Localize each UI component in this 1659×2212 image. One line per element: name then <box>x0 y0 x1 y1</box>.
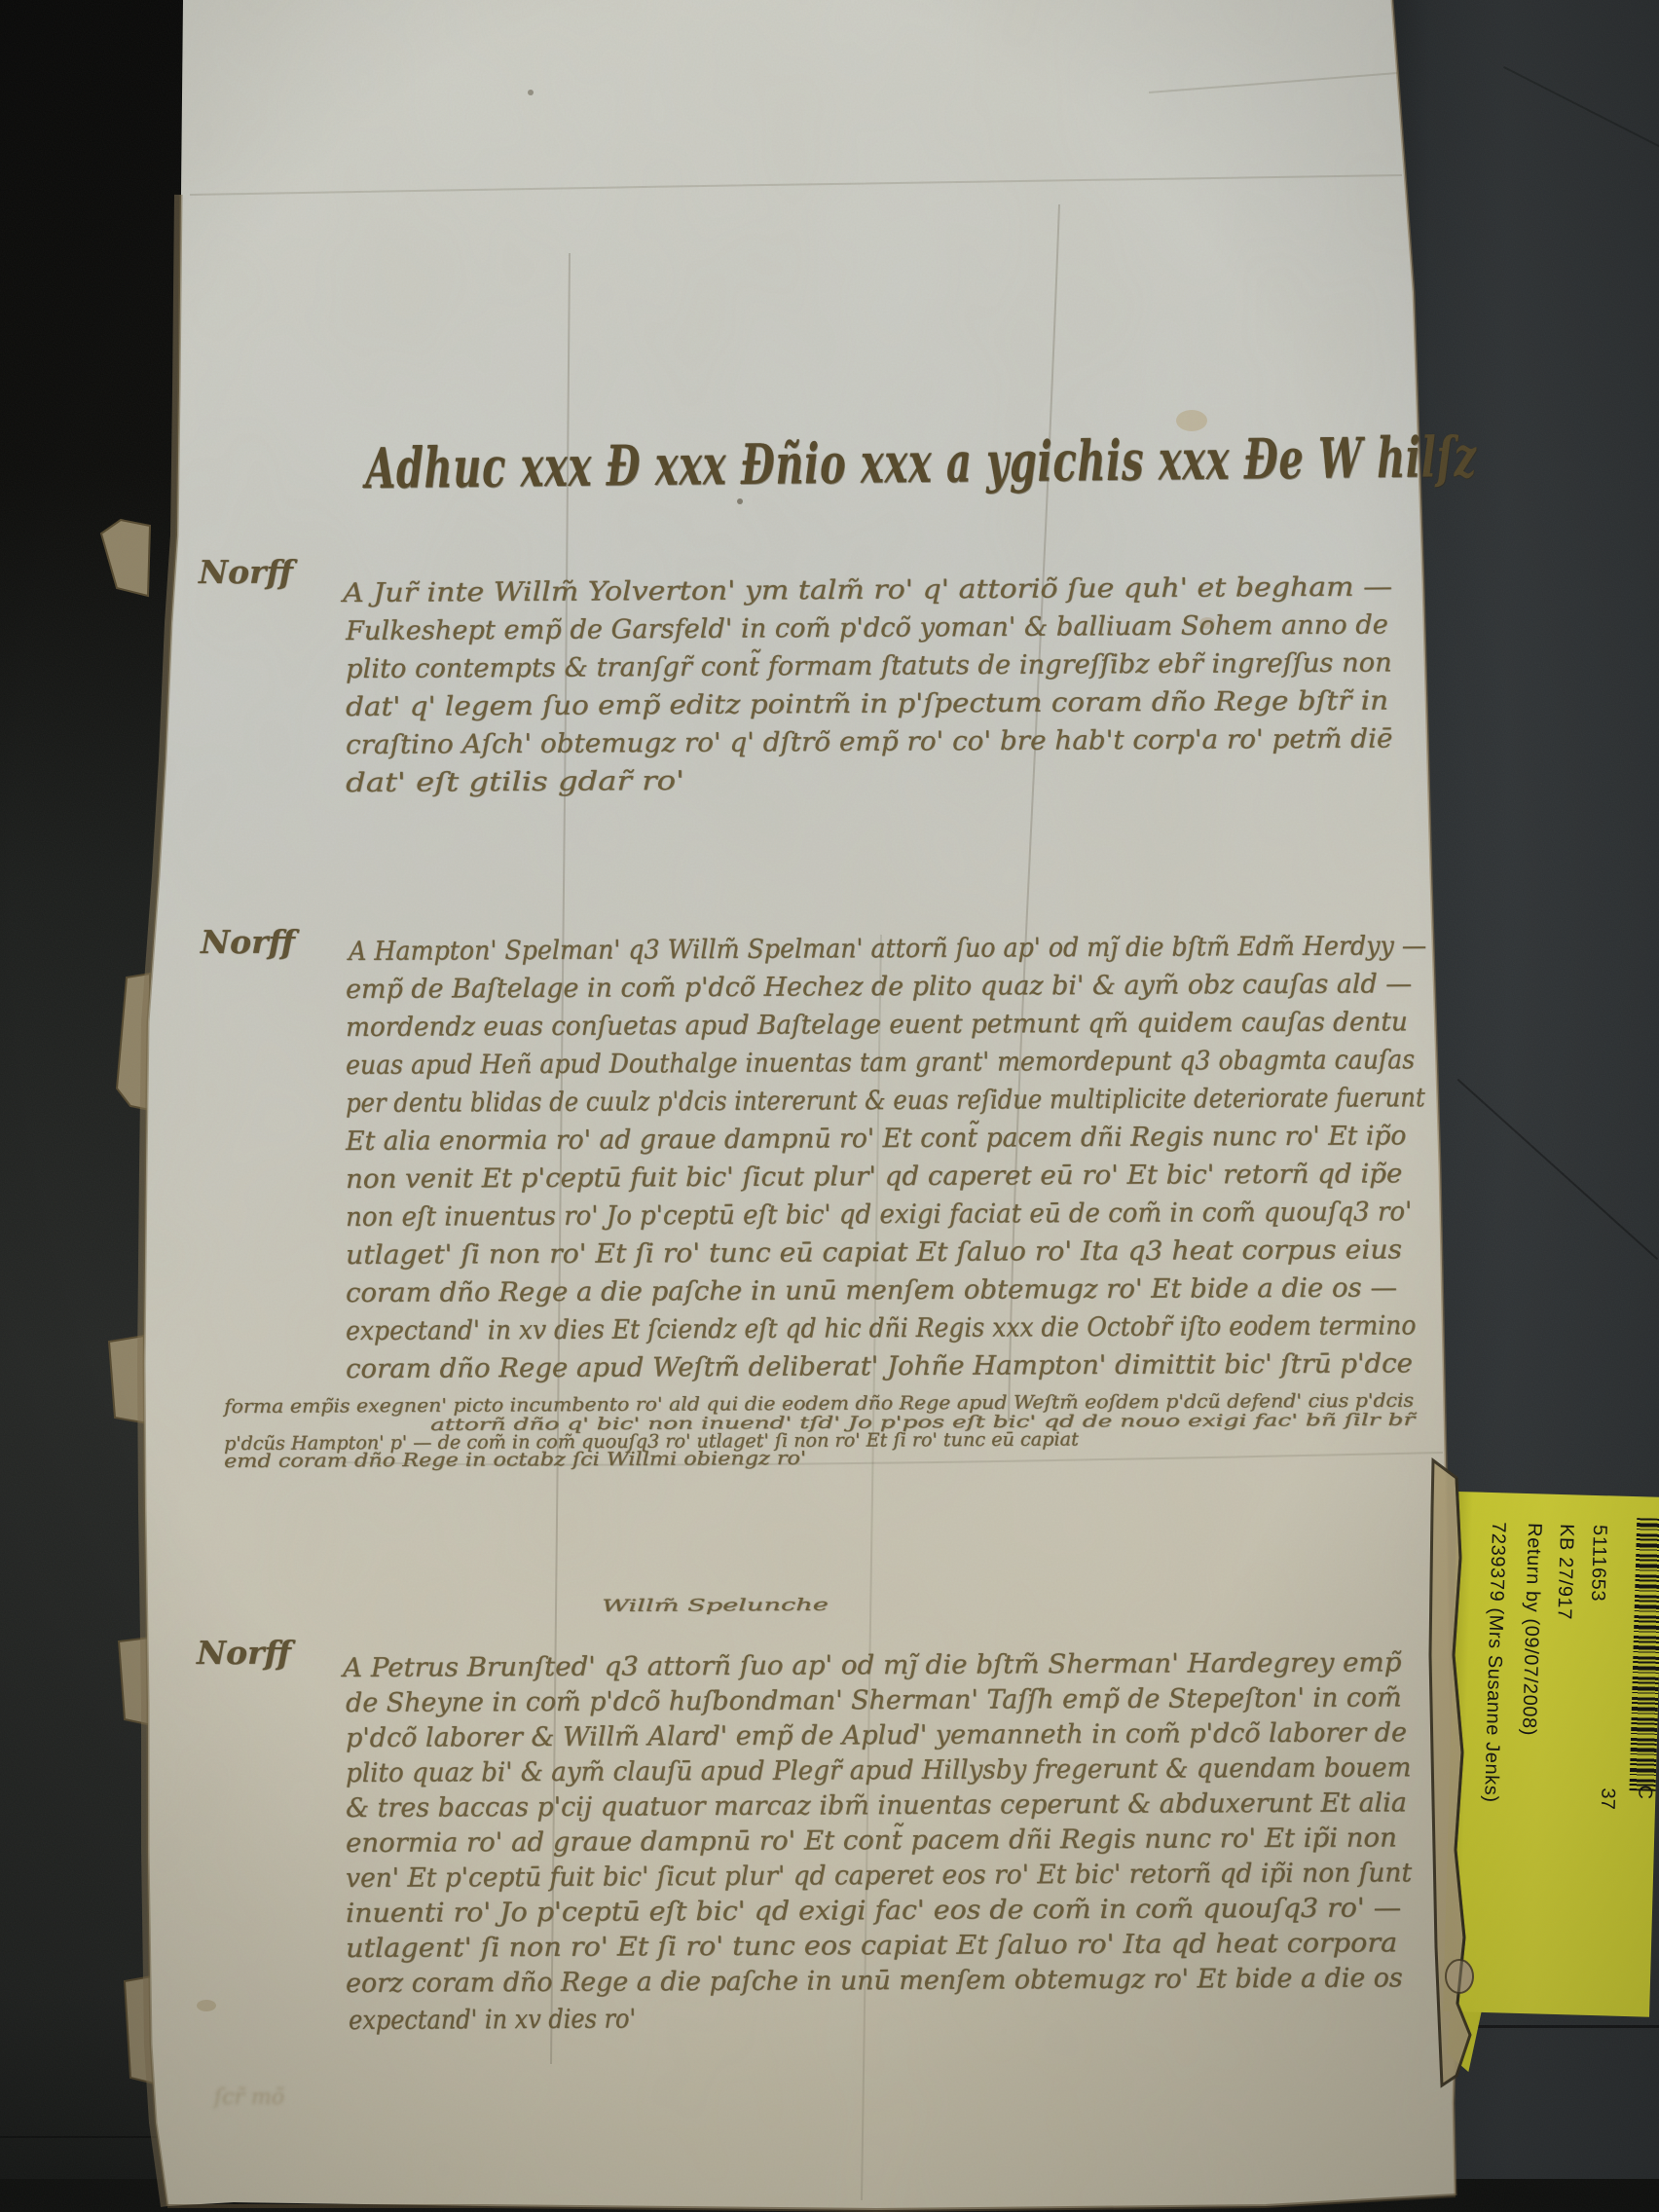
manuscript-line: per dentu blidas de cuulz p'dcis interer… <box>346 1083 1425 1119</box>
manuscript-line: mordendz euas conſuetas apud Baſtelage e… <box>346 1007 1408 1043</box>
manuscript-line: A Petrus Brunſted' q3 attorñ ſuo ap' od … <box>343 1647 1401 1683</box>
manuscript-line: A Hampton' Spelman' q3 Willm̃ Spelman' a… <box>349 931 1426 967</box>
manuscript-line: Fulkeshept emp̃ de Garsfeld' in com̃ p'd… <box>346 609 1388 646</box>
manuscript-line: Et alia enormia ro' ad graue dampnū ro' … <box>346 1121 1407 1157</box>
faint-ink-smudge: ſcr̃ mõ <box>214 2085 284 2110</box>
manuscript-line: p'dcõ laborer & Willm̃ Alard' emp̃ de Ap… <box>346 1717 1407 1753</box>
manuscript-line: de Sheyne in com̃ p'dcõ huſbondman' Sher… <box>346 1682 1402 1718</box>
manuscript-line: utlaget' ſi non ro' Et ſi ro' tunc eū ca… <box>346 1235 1402 1271</box>
manuscript-line: dat' eſt gtilis gdar̃ ro' <box>346 766 684 798</box>
manuscript-line: euas apud Heñ apud Douthalge inuentas ta… <box>346 1045 1415 1081</box>
margin-annotation: Norff <box>201 923 295 961</box>
manuscript-line: utlagent' ſi non ro' Et ſi ro' tunc eos … <box>346 1928 1397 1964</box>
manuscript-line: plito contempts & tranſgr̃ cont̃ formam … <box>346 647 1392 684</box>
manuscript-line: Willm̃ Spelunche <box>602 1596 829 1616</box>
manuscript-line: plito quaz bi' & aym̃ clauſū apud Plegr̃… <box>346 1752 1411 1788</box>
manuscript-line: emp̃ de Baſtelage in com̃ p'dcõ Hechez d… <box>346 969 1412 1005</box>
margin-annotation: Norff <box>199 553 293 591</box>
manuscript-line: eorz coram dño Rege a die paſche in unū … <box>346 1963 1403 1999</box>
margin-annotation: Norff <box>197 1634 291 1672</box>
manuscript-line: A Jur̃ inte Willm̃ Yolverton' ym talm̃ r… <box>343 571 1392 608</box>
manuscript-line: dat' q' legem ſuo emp̃ editz pointm̃ in … <box>346 685 1388 722</box>
manuscript-line: non eſt inuentus ro' Jo p'ceptū eſt bic'… <box>346 1197 1412 1233</box>
manuscript-line: craſtino Aſch' obtemugz ro' q' dſtrõ emp… <box>346 723 1393 760</box>
manuscript-line: expectand' in xv dies Et ſciendz eſt qd … <box>346 1310 1416 1346</box>
manuscript-line: & tres baccas p'cij quatuor marcaz ibm̃ … <box>346 1788 1407 1824</box>
manuscript-line: enormia ro' ad graue dampnū ro' Et cont̃… <box>346 1823 1397 1859</box>
manuscript-line: emd coram dño Rege in octabz ſci Willmi … <box>224 1448 806 1472</box>
manuscript-lines: NorffA Jur̃ inte Willm̃ Yolverton' ym ta… <box>0 0 1659 2212</box>
manuscript-text: Adhuc xxx Ð xxx Ðñio xxx a ygichis xxx Ð… <box>0 0 1659 2212</box>
manuscript-line: ven' Et p'ceptū fuit bic' ſicut plur' qd… <box>346 1858 1412 1894</box>
manuscript-line: inuenti ro' Jo p'ceptū eſt bic' qd exigi… <box>346 1893 1401 1929</box>
manuscript-line: coram dño Rege apud Weſtm̃ deliberat' Jo… <box>346 1348 1413 1384</box>
manuscript-line: coram dño Rege a die paſche in unū menſe… <box>346 1272 1397 1309</box>
manuscript-line: non venit Et p'ceptū fuit bic' ſicut plu… <box>346 1159 1402 1195</box>
manuscript-line: expectand' in xv dies ro' <box>349 2004 636 2036</box>
manuscript-photograph: C 37 5111653KB 27/917Return by (09/07/20… <box>0 0 1659 2212</box>
